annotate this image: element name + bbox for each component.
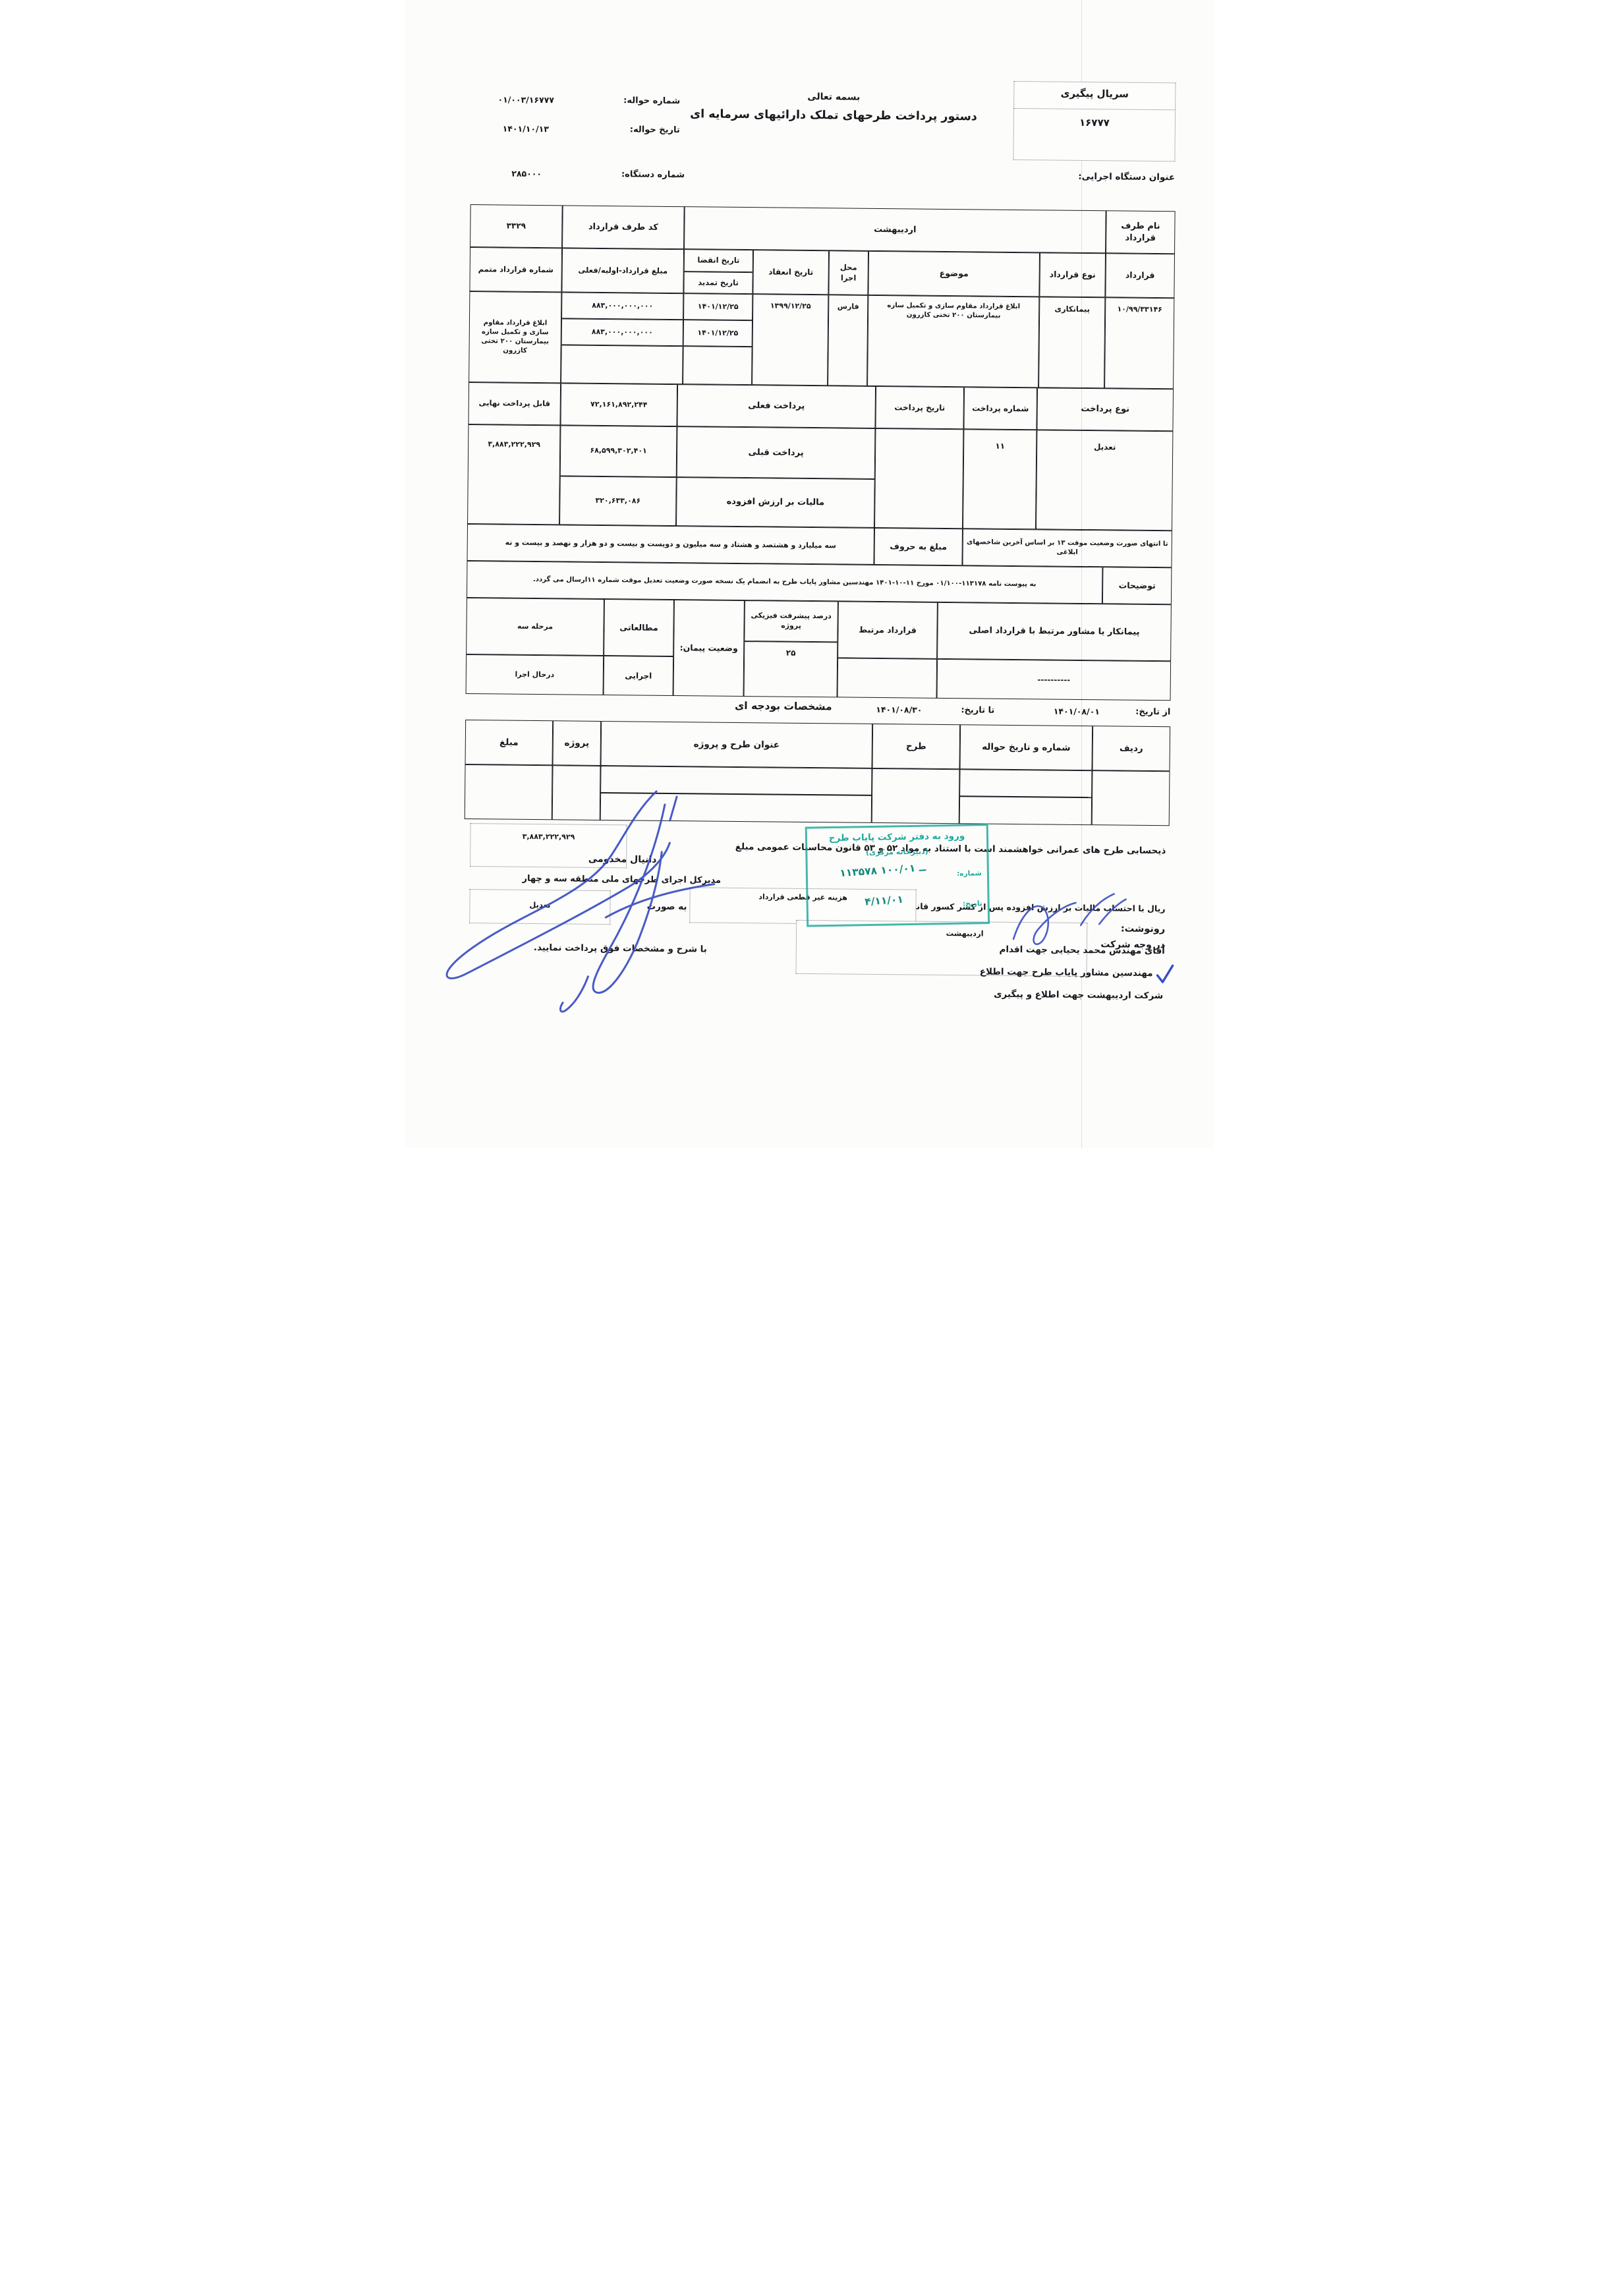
- cc-item: مهندسین مشاور پایاب طرح جهت اطلاع: [872, 965, 1152, 980]
- col-related-consultant: پیمانکار یا مشاور مرتبط با قرارداد اصلی: [937, 602, 1172, 661]
- basmala: بسمه تعالی: [751, 90, 916, 104]
- party-name-header: نام طرف قرارداد: [1106, 210, 1176, 254]
- contract-no-value: ۱۰/۹۹/۳۳۱۴۶: [1104, 297, 1174, 389]
- device-no-value: ۲۸۵۰۰۰: [487, 168, 566, 179]
- final-payable-value: ۳,۸۸۳,۲۲۲,۹۲۹: [467, 424, 560, 525]
- previous-payment-value: ۶۸,۵۹۹,۳۰۲,۴۰۱: [559, 425, 677, 477]
- col-location: محل اجرا: [828, 250, 868, 295]
- location-value: فارس: [828, 295, 868, 386]
- amount-in-words-label: مبلغ به حروف: [874, 528, 963, 565]
- party-name-value: اردیبهشت: [684, 206, 1106, 253]
- order-payee-value: اردیبهشت: [922, 929, 1008, 939]
- havaleh-no-value: ۰۱/۰۰۳/۱۶۷۷۷: [480, 94, 572, 106]
- col-plan: طرح: [872, 724, 960, 769]
- device-title-label: عنوان دستگاه اجرایی:: [1046, 171, 1175, 183]
- company-entry-stamp: ورود به دفتر شرکت پایاب طرح (دبیرخانه مر…: [805, 824, 989, 927]
- party-code-value: ۳۳۲۹: [470, 204, 563, 248]
- stamp-date-value: ۴/۱۱/۰۱: [834, 892, 934, 910]
- col-payment-date: تاریخ پرداخت: [875, 386, 964, 429]
- col-project: پروژه: [552, 720, 601, 766]
- col-payment-type: نوع پرداخت: [1037, 387, 1174, 431]
- havaleh-no-label: شماره حواله:: [614, 96, 680, 107]
- amount-current-value: ۸۸۳,۰۰۰,۰۰۰,۰۰۰: [561, 318, 683, 346]
- havaleh-date-value: ۱۴۰۱/۱۰/۱۳: [479, 123, 571, 135]
- from-date-label: از تاریخ:: [1121, 707, 1170, 719]
- col-conclusion-date: تاریخ انعقاد: [753, 250, 829, 295]
- budget-row-empty-3: [871, 768, 959, 824]
- conclusion-date-value: ۱۳۹۹/۱۲/۲۵: [752, 294, 828, 386]
- stamp-date-label: تاریخ:: [962, 900, 982, 907]
- col-amount: مبلغ قرارداد-اولیه/فعلی: [561, 248, 684, 293]
- amount-empty-cell: [561, 345, 683, 384]
- col-row-no: ردیف: [1092, 726, 1170, 771]
- cc-label: رونوشت:: [1093, 923, 1165, 936]
- final-payable-label: قابل پرداخت نهایی: [468, 382, 561, 425]
- stage-value: درحال اجرا: [465, 654, 604, 695]
- check-mark-icon: [1155, 963, 1174, 984]
- tracking-serial-value: ۱۶۷۷۷: [1013, 116, 1174, 130]
- col-supplement-no: شماره قرارداد متمم: [469, 247, 562, 292]
- related-consultant-value: ----------: [936, 659, 1171, 701]
- study-value: اجرایی: [603, 656, 673, 696]
- col-extension-date: تاریخ تمدید: [683, 272, 753, 294]
- col-stage-three: مرحله سه: [466, 598, 604, 656]
- col-subject: موضوع: [868, 251, 1040, 297]
- col-related-contract: قرارداد مرتبط: [838, 601, 938, 658]
- to-date-value: ۱۴۰۱/۰۸/۳۰: [856, 704, 942, 716]
- previous-payment-label: پرداخت قبلی: [676, 426, 875, 479]
- amount-in-words-value: سه میلیارد و هشتصد و هشتاد و سه میلیون و…: [467, 524, 874, 565]
- expiry-date-value: ۱۴۰۱/۱۲/۲۵: [683, 293, 753, 320]
- party-code-header: کد طرف قرارداد: [562, 205, 685, 249]
- stamp-no-label: شماره:: [957, 869, 982, 878]
- from-date-value: ۱۴۰۱/۰۸/۰۱: [1038, 706, 1114, 717]
- vat-value: ۳۲۰,۶۳۳,۰۸۶: [559, 476, 677, 526]
- col-contract-type: نوع قرارداد: [1039, 252, 1106, 297]
- payment-date-empty-cell: [874, 428, 963, 529]
- current-payment-value: ۷۲,۱۶۱,۸۹۲,۲۴۴: [560, 383, 677, 426]
- current-payment-label: پرداخت فعلی: [677, 384, 876, 428]
- col-expiry-date: تاریخ انقضا: [683, 249, 753, 272]
- extension-date-value: ۱۴۰۱/۱۲/۲۵: [683, 320, 752, 347]
- payment-no-value: ۱۱: [962, 429, 1036, 529]
- col-contract-status: وضعیت پیمان:: [673, 600, 744, 697]
- stamp-line2: (دبیرخانه مرکزی): [807, 846, 986, 858]
- col-payment-no: شماره پرداخت: [963, 387, 1037, 430]
- col-budget-amount: مبلغ: [465, 720, 553, 765]
- col-havaleh-no-date: شماره و تاریخ حواله: [959, 724, 1093, 770]
- expiry-empty-cell: [683, 346, 753, 385]
- budget-row-empty-1: [1091, 770, 1170, 826]
- col-study: مطالعاتی: [604, 599, 674, 656]
- col-progress-percent: درصد پیشرفت فیزیکی پروژه: [744, 600, 838, 642]
- tracking-serial-label: سریال پیگیری: [1014, 87, 1175, 101]
- contract-type-value: پیمانکاری: [1038, 297, 1105, 388]
- notes-label: توضیحات: [1102, 567, 1172, 604]
- payment-type-value: تعدیل: [1035, 430, 1172, 531]
- stamp-no-value: ۱۱۳۵۷۸ ــ ۱۰۰/۰۱: [812, 859, 953, 881]
- amount-initial-value: ۸۸۳,۰۰۰,۰۰۰,۰۰۰: [561, 292, 683, 320]
- to-date-label: تا تاریخ:: [948, 705, 994, 717]
- handwritten-signature: [436, 778, 748, 1024]
- progress-percent-value: ۲۵: [743, 641, 838, 697]
- notes-text: به پیوست نامه ۱۱۳۱۷۸-۰۱/۱۰۰ مورخ ۱۱-۱۰-۱…: [466, 561, 1102, 604]
- havaleh-date-label: تاریخ حواله:: [613, 125, 679, 136]
- related-contract-empty-cell: [837, 658, 937, 698]
- col-contract: قرارداد: [1105, 253, 1175, 298]
- status-report-note: تا انتهای صورت وضعیت موقت ۱۳ بر اساس آخر…: [962, 529, 1172, 567]
- device-no-label: شماره دستگاه:: [606, 169, 685, 181]
- page-title: دستور پرداخت طرحهای تملک دارائیهای سرمای…: [671, 107, 994, 125]
- supplement-value: ابلاغ قرارداد مقاوم سازی و تکمیل سازه بی…: [469, 291, 561, 383]
- cc-item: شرکت اردیبهشت جهت اطلاع و پیگیری: [880, 988, 1163, 1002]
- tracking-serial-box: سریال پیگیری ۱۶۷۷۷: [1013, 81, 1176, 161]
- col-plan-project-title: عنوان طرح و پروژه: [600, 721, 872, 768]
- scanned-payment-order-document: سریال پیگیری ۱۶۷۷۷ بسمه تعالی دستور پردا…: [405, 0, 1214, 1148]
- vat-label: مالیات بر ارزش افزوده: [676, 477, 875, 528]
- stamp-line1: ورود به دفتر شرکت پایاب طرح: [807, 830, 986, 844]
- subject-value: ابلاغ قرارداد مقاوم سازی و تکمیل سازه بی…: [867, 295, 1039, 387]
- budget-section-title: مشخصات بودجه ای: [712, 699, 854, 714]
